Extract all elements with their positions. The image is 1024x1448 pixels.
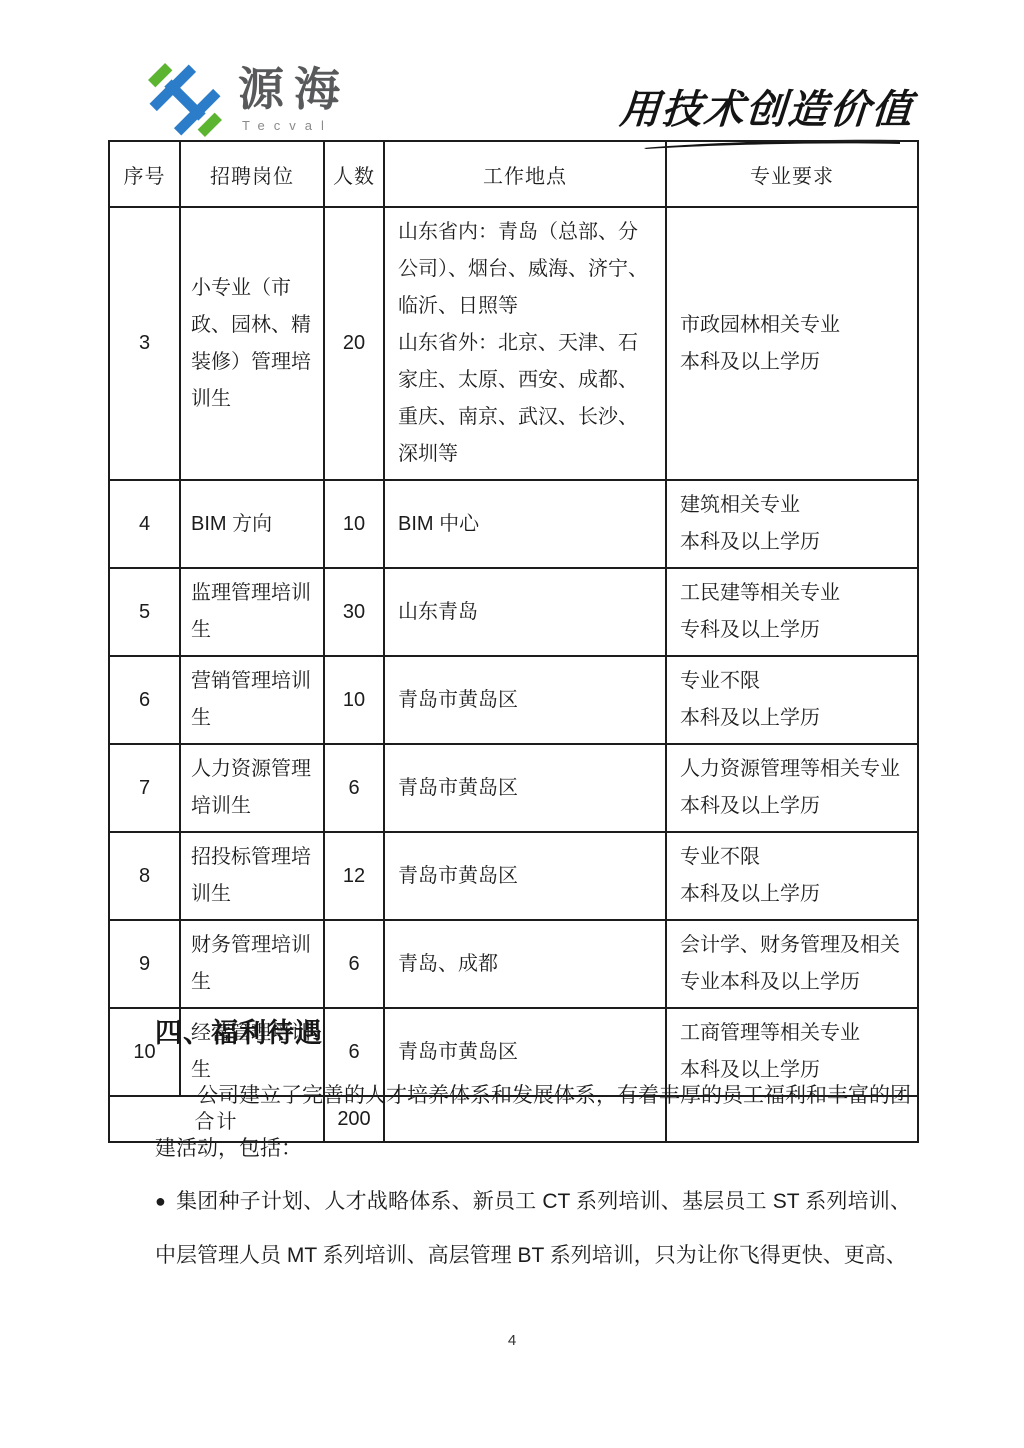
cell-requirement: 专业不限 本科及以上学历 (666, 656, 918, 744)
table-row: 3 小专业（市政、园林、精装修）管理培训生 20 山东省内：青岛（总部、分公司）… (109, 207, 918, 480)
cell-requirement: 工民建等相关专业 专科及以上学历 (666, 568, 918, 656)
benefits-section: 四、福利待遇 公司建立了完善的人才培养体系和发展体系，有着丰厚的员工福利和丰富的… (155, 1016, 911, 1282)
cell-position: 招投标管理培训生 (180, 832, 324, 920)
col-header-requirement: 专业要求 (666, 141, 918, 207)
table-row: 7 人力资源管理培训生 6 青岛市黄岛区 人力资源管理等相关专业 本科及以上学历 (109, 744, 918, 832)
table-row: 5 监理管理培训生 30 山东青岛 工民建等相关专业 专科及以上学历 (109, 568, 918, 656)
table-row: 8 招投标管理培训生 12 青岛市黄岛区 专业不限 本科及以上学历 (109, 832, 918, 920)
col-header-count: 人数 (324, 141, 384, 207)
cell-no: 8 (109, 832, 180, 920)
recruitment-table: 序号 招聘岗位 人数 工作地点 专业要求 3 小专业（市政、园林、精装修）管理培… (108, 140, 919, 1143)
cell-count: 10 (324, 656, 384, 744)
cell-position: 监理管理培训生 (180, 568, 324, 656)
cell-requirement: 建筑相关专业 本科及以上学历 (666, 480, 918, 568)
col-header-position: 招聘岗位 (180, 141, 324, 207)
bullet-text: 集团种子计划、人才战略体系、新员工 CT 系列培训、基层员工 ST 系列培训、中… (155, 1190, 911, 1267)
document-page: 源海 Tecval 用技术创造价值 序号 招聘岗位 人数 工作地点 专业要求 3… (0, 0, 1024, 1448)
cell-position: BIM 方向 (180, 480, 324, 568)
cell-no: 5 (109, 568, 180, 656)
cell-position: 营销管理培训生 (180, 656, 324, 744)
cell-count: 6 (324, 920, 384, 1008)
table-row: 4 BIM 方向 10 BIM 中心 建筑相关专业 本科及以上学历 (109, 480, 918, 568)
table-row: 9 财务管理培训生 6 青岛、成都 会计学、财务管理及相关专业本科及以上学历 (109, 920, 918, 1008)
cell-requirement: 专业不限 本科及以上学历 (666, 832, 918, 920)
company-logo: 源海 Tecval (148, 62, 350, 138)
cell-position: 小专业（市政、园林、精装修）管理培训生 (180, 207, 324, 480)
cell-no: 7 (109, 744, 180, 832)
cell-location: 山东青岛 (384, 568, 666, 656)
logo-company-name: 源海 (238, 66, 350, 112)
bullet-item: ●集团种子计划、人才战略体系、新员工 CT 系列培训、基层员工 ST 系列培训、… (155, 1175, 911, 1282)
cell-location: 青岛市黄岛区 (384, 744, 666, 832)
cell-requirement: 市政园林相关专业 本科及以上学历 (666, 207, 918, 480)
cell-location: BIM 中心 (384, 480, 666, 568)
company-slogan: 用技术创造价值 (594, 78, 914, 149)
logo-text: 源海 Tecval (238, 62, 350, 133)
cell-location: 山东省内：青岛（总部、分公司）、烟台、威海、济宁、临沂、日照等 山东省外：北京、… (384, 207, 666, 480)
cell-count: 20 (324, 207, 384, 480)
cell-position: 财务管理培训生 (180, 920, 324, 1008)
logo-mark-icon (148, 62, 222, 138)
cell-count: 30 (324, 568, 384, 656)
cell-requirement: 会计学、财务管理及相关专业本科及以上学历 (666, 920, 918, 1008)
cell-no: 6 (109, 656, 180, 744)
cell-position: 人力资源管理培训生 (180, 744, 324, 832)
col-header-no: 序号 (109, 141, 180, 207)
cell-count: 6 (324, 744, 384, 832)
cell-no: 9 (109, 920, 180, 1008)
cell-count: 10 (324, 480, 384, 568)
cell-location: 青岛市黄岛区 (384, 656, 666, 744)
cell-no: 4 (109, 480, 180, 568)
cell-count: 12 (324, 832, 384, 920)
cell-requirement: 人力资源管理等相关专业 本科及以上学历 (666, 744, 918, 832)
cell-location: 青岛、成都 (384, 920, 666, 1008)
cell-no: 3 (109, 207, 180, 480)
bullet-icon: ● (155, 1191, 166, 1211)
section-heading: 四、福利待遇 (155, 1016, 911, 1050)
section-paragraph: 公司建立了完善的人才培养体系和发展体系，有着丰厚的员工福利和丰富的团建活动，包括… (155, 1069, 911, 1175)
slogan-text: 用技术创造价值 (592, 78, 916, 135)
table-header-row: 序号 招聘岗位 人数 工作地点 专业要求 (109, 141, 918, 207)
cell-location: 青岛市黄岛区 (384, 832, 666, 920)
table-row: 6 营销管理培训生 10 青岛市黄岛区 专业不限 本科及以上学历 (109, 656, 918, 744)
page-number: 4 (0, 1332, 1024, 1349)
col-header-location: 工作地点 (384, 141, 666, 207)
logo-company-subtext: Tecval (238, 118, 350, 133)
